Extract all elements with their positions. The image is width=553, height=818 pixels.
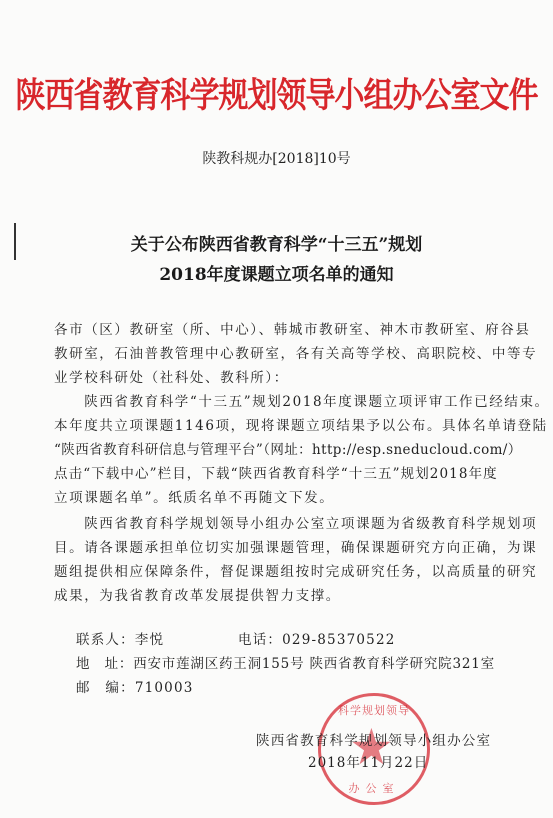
official-seal: 科学规划领导 ★ 办公室	[318, 693, 430, 805]
body-line: 陕西省教育科学规划领导小组办公室立项课题为省级教育科学规划项	[54, 512, 499, 532]
body-line: 题组提供相应保障条件，督促课题组按时完成研究任务，以高质量的研究	[54, 560, 499, 580]
signature-date: 2018年11月22日	[308, 751, 428, 771]
body-line: 业学校科研处（社科处、教科所）：	[54, 366, 499, 386]
contact-address: 地 址：西安市莲湖区药王洞155号 陕西省教育科学研究院321室	[76, 652, 495, 672]
body-line: 目。请各课题承担单位切实加强课题管理，确保课题研究方向正确，为课	[54, 536, 499, 556]
document-page: 陕西省教育科学规划领导小组办公室文件 陕教科规办[2018]10号 关于公布陕西…	[0, 0, 553, 818]
contact-phone-label: 电话：	[238, 632, 282, 648]
document-header-title: 陕西省教育科学规划领导小组办公室文件	[0, 67, 553, 118]
signature-organization: 陕西省教育科学规划领导小组办公室	[256, 729, 491, 749]
notice-title-line-1: 关于公布陕西省教育科学“十三五”规划	[0, 230, 553, 255]
body-line: 陕西省教育科学“十三五”规划2018年度课题立项评审工作已经结束。	[54, 390, 499, 410]
contact-phone: 电话：029-85370522	[238, 628, 396, 648]
contact-postcode: 邮 编：710003	[76, 676, 194, 696]
body-line: 成果，为我省教育改革发展提供智力支撑。	[54, 584, 499, 604]
body-line-website: “陕西省教育科研信息与管理平台”（网址：http://esp.sneduclou…	[54, 438, 499, 458]
seal-text-bottom: 办公室	[321, 780, 427, 796]
seal-text-top: 科学规划领导	[321, 702, 427, 718]
contact-person-value: 李悦	[135, 632, 164, 648]
document-number: 陕教科规办[2018]10号	[0, 148, 553, 168]
contact-phone-value: 029-85370522	[282, 632, 395, 648]
body-line: 教研室，石油普教管理中心教研室，各有关高等学校、高职院校、中等专	[54, 342, 499, 362]
body-line: 本年度共立项课题1146项，现将课题立项结果予以公布。具体名单请登陆	[54, 414, 499, 434]
body-line: 立项课题名单”。纸质名单不再随文下发。	[54, 486, 499, 506]
contact-address-value: 西安市莲湖区药王洞155号 陕西省教育科学研究院321室	[133, 656, 495, 672]
body-line: 点击“下载中心”栏目，下载“陕西省教育科学“十三五”规划2018年度	[54, 462, 499, 482]
contact-postcode-label: 邮 编：	[76, 680, 135, 696]
body-line: 各市（区）教研室（所、中心）、韩城市教研室、神木市教研室、府谷县	[54, 318, 499, 338]
contact-person-label: 联系人：	[76, 632, 135, 648]
contact-address-label: 地 址：	[76, 656, 133, 672]
contact-person: 联系人：李悦	[76, 628, 164, 648]
contact-postcode-value: 710003	[135, 680, 194, 696]
notice-title-line-2: 2018年度课题立项名单的通知	[0, 260, 553, 285]
